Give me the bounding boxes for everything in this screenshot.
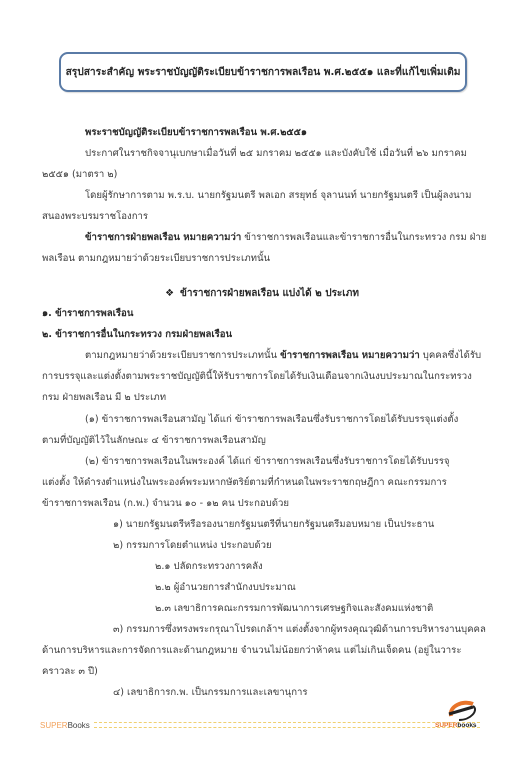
- signer-line-1: โดยผู้รักษาการตาม พ.ร.บ. นายกรัฐมนตรี พล…: [85, 189, 471, 202]
- p1-start: ตามกฎหมายว่าด้วยระเบียบราชการประเภทนั้น: [85, 350, 280, 361]
- type-1-desc-line-1: (๑) ข้าราชการพลเรือนสามัญ ได้แก่ ข้าราชก…: [85, 413, 458, 426]
- logo-super: SUPER: [435, 722, 457, 729]
- committee-item-1: ๑) นายกรัฐมนตรีหรือรองนายกรัฐมนตรีที่นาย…: [113, 518, 434, 531]
- logo-books: books: [457, 722, 476, 729]
- definition-text: ข้าราชการพลเรือนและข้าราชการอื่นในกระทรว…: [241, 232, 486, 243]
- type-1-desc-line-2: ตามที่บัญญัติไว้ในลักษณะ ๔ ข้าราชการพลเร…: [42, 434, 266, 447]
- paragraph-1-line-2: การบรรจุและแต่งตั้งตามพระราชบัญญัตินี้ให…: [42, 370, 472, 383]
- logo-label: SUPERbooks: [435, 722, 477, 729]
- committee-sub-2: ๒.๒ ผู้อำนวยการสำนักงบประมาณ: [155, 581, 296, 594]
- committee-sub-3: ๒.๓ เลขาธิการคณะกรรมการพัฒนาการเศรษฐกิจแ…: [155, 602, 433, 615]
- footer-divider: [94, 722, 480, 728]
- paragraph-1-line-1: ตามกฎหมายว่าด้วยระเบียบราชการประเภทนั้น …: [85, 349, 481, 362]
- committee-item-3-line-1: ๓) กรรมการซึ่งทรงพระกรุณาโปรดเกล้าฯ แต่ง…: [113, 623, 486, 636]
- section-heading: ❖ข้าราชการฝ่ายพลเรือน แบ่งได้ ๒ ประเภท: [0, 286, 524, 301]
- definition-line-1: ข้าราชการฝ่ายพลเรือน หมายความว่า ข้าราชก…: [85, 231, 486, 244]
- act-name: พระราชบัญญัติระเบียบข้าราชการพลเรือน พ.ศ…: [85, 126, 307, 139]
- title-box: สรุปสาระสำคัญ พระราชบัญญัติระเบียบข้าราช…: [59, 52, 467, 92]
- footer-brand-books: Books: [68, 721, 90, 730]
- definition-line-2: พลเรือน ตามกฎหมายว่าด้วยระเบียบราชการประ…: [42, 252, 270, 265]
- definition-term: ข้าราชการฝ่ายพลเรือน หมายความว่า: [85, 232, 241, 243]
- type-2: ๒. ข้าราชการอื่นในกระทรวง กรมฝ่ายพลเรือน: [42, 328, 232, 341]
- p1-term: ข้าราชการพลเรือน หมายความว่า: [280, 350, 420, 361]
- footer-brand-super: SUPER: [40, 721, 68, 730]
- type-1: ๑. ข้าราชการพลเรือน: [42, 307, 133, 320]
- committee-item-2: ๒) กรรมการโดยตำแหน่ง ประกอบด้วย: [113, 539, 272, 552]
- p1-end: บุคคลซึ่งได้รับ: [420, 350, 481, 361]
- signer-line-2: สนองพระบรมราชโองการ: [42, 210, 148, 223]
- committee-item-4: ๔) เลขาธิการก.พ. เป็นกรรมการและเลขานุการ: [113, 686, 308, 699]
- committee-item-3-line-2: ด้านการบริหารและการจัดการและด้านกฎหมาย จ…: [42, 644, 461, 657]
- committee-sub-1: ๒.๑ ปลัดกระทรวงการคลัง: [155, 560, 263, 573]
- section-heading-text: ข้าราชการฝ่ายพลเรือน แบ่งได้ ๒ ประเภท: [180, 288, 359, 299]
- diamond-bullet-icon: ❖: [165, 288, 174, 299]
- type-2-desc-line-2: แต่งตั้ง ให้ดำรงตำแหน่งในพระองค์พระมหากษ…: [42, 476, 447, 489]
- page-footer: SUPERBooks: [40, 719, 480, 731]
- document-title: สรุปสาระสำคัญ พระราชบัญญัติระเบียบข้าราช…: [66, 64, 461, 80]
- committee-item-3-line-3: คราวละ ๓ ปี): [42, 665, 98, 678]
- announce-line-1: ประกาศในราชกิจจานุเบกษาเมื่อวันที่ ๒๕ มก…: [85, 147, 467, 160]
- type-2-desc-line-3: ข้าราชการพลเรือน (ก.พ.) จำนวน ๑๐ - ๑๒ คน…: [42, 497, 289, 510]
- type-2-desc-line-1: (๒) ข้าราชการพลเรือนในพระองค์ ได้แก่ ข้า…: [85, 455, 450, 468]
- paragraph-1-line-3: กรม ฝ่ายพลเรือน มี ๒ ประเภท: [42, 391, 166, 404]
- announce-line-2: ๒๕๕๑ (มาตรา ๒): [42, 168, 117, 181]
